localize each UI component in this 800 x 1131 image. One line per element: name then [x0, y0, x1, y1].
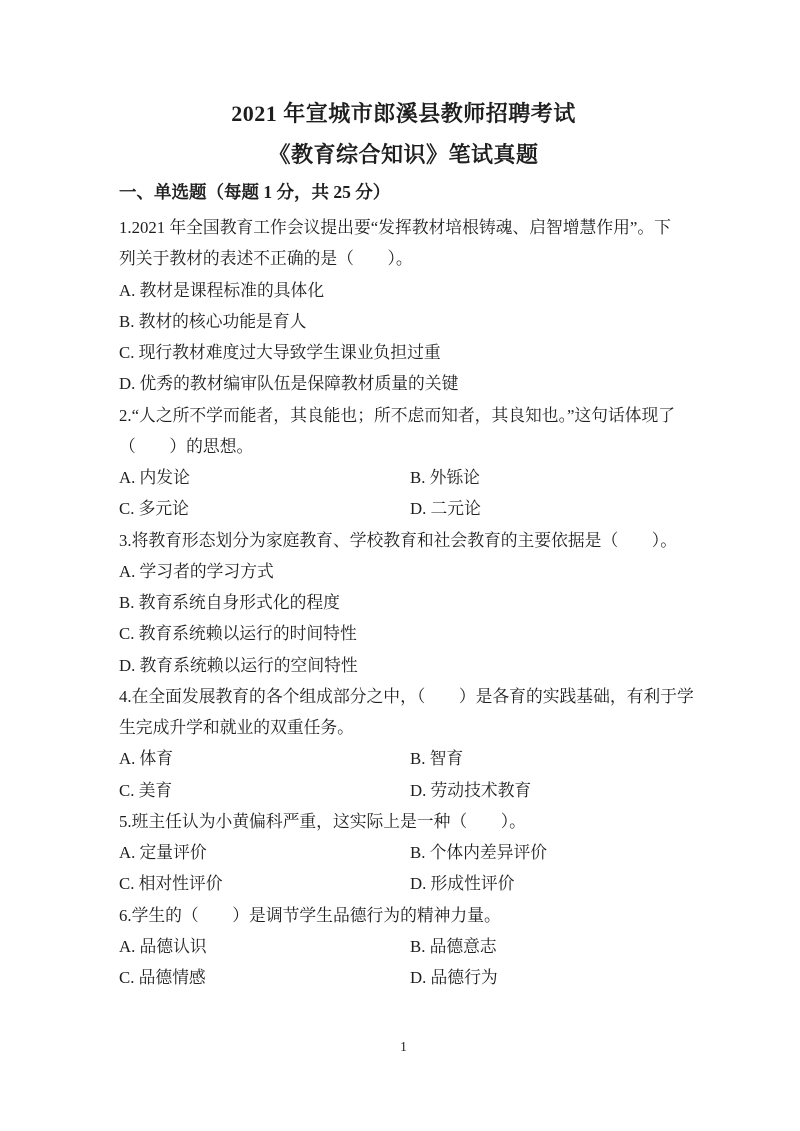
- question-6-stem-line-1: 6.学生的（ ）是调节学生品德行为的精神力量。: [119, 900, 688, 931]
- question-4-option-row-1: A. 体育 B. 智育: [119, 743, 688, 774]
- question-4-stem-line-2: 生完成升学和就业的双重任务。: [119, 712, 688, 743]
- exam-document-page: 2021 年宣城市郎溪县教师招聘考试 《教育综合知识》笔试真题 一、单选题（每题…: [0, 0, 800, 1131]
- question-1-stem-line-2: 列关于教材的表述不正确的是（ ）。: [119, 243, 688, 274]
- question-1-option-c: C. 现行教材难度过大导致学生课业负担过重: [119, 337, 688, 368]
- question-4-option-row-2: C. 美育 D. 劳动技术教育: [119, 775, 688, 806]
- question-2-stem-line-2: （ ）的思想。: [119, 431, 688, 462]
- section-heading: 一、单选题（每题 1 分，共 25 分）: [119, 181, 688, 203]
- question-2: 2.“人之所不学而能者，其良能也；所不虑而知者，其良知也。”这句话体现了 （ ）…: [119, 400, 688, 525]
- question-5: 5.班主任认为小黄偏科严重，这实际上是一种（ ）。 A. 定量评价 B. 个体内…: [119, 806, 688, 900]
- question-6-option-row-2: C. 品德情感 D. 品德行为: [119, 962, 688, 993]
- question-2-option-a: A. 内发论: [119, 462, 410, 493]
- question-3-stem-line-1: 3.将教育形态划分为家庭教育、学校教育和社会教育的主要依据是（ ）。: [119, 525, 688, 556]
- question-6-option-a: A. 品德认识: [119, 931, 410, 962]
- question-6-option-row-1: A. 品德认识 B. 品德意志: [119, 931, 688, 962]
- question-3: 3.将教育形态划分为家庭教育、学校教育和社会教育的主要依据是（ ）。 A. 学习…: [119, 525, 688, 681]
- question-2-option-row-2: C. 多元论 D. 二元论: [119, 493, 688, 524]
- question-5-stem-line-1: 5.班主任认为小黄偏科严重，这实际上是一种（ ）。: [119, 806, 688, 837]
- question-1-option-d: D. 优秀的教材编审队伍是保障教材质量的关键: [119, 368, 688, 399]
- question-4-stem-line-1: 4.在全面发展教育的各个组成部分之中，（ ）是各育的实践基础，有利于学: [119, 681, 688, 712]
- question-4-option-a: A. 体育: [119, 743, 410, 774]
- document-title: 2021 年宣城市郎溪县教师招聘考试: [119, 102, 688, 126]
- question-6-option-d: D. 品德行为: [410, 962, 498, 993]
- question-3-option-b: B. 教育系统自身形式化的程度: [119, 587, 688, 618]
- question-1: 1.2021 年全国教育工作会议提出要“发挥教材培根铸魂、启智增慧作用”。下 列…: [119, 212, 688, 400]
- question-2-option-b: B. 外铄论: [410, 462, 480, 493]
- question-1-stem-line-1: 1.2021 年全国教育工作会议提出要“发挥教材培根铸魂、启智增慧作用”。下: [119, 212, 688, 243]
- question-3-option-c: C. 教育系统赖以运行的时间特性: [119, 618, 688, 649]
- question-4-option-c: C. 美育: [119, 775, 410, 806]
- question-2-option-d: D. 二元论: [410, 493, 481, 524]
- question-2-option-c: C. 多元论: [119, 493, 410, 524]
- question-1-option-b: B. 教材的核心功能是育人: [119, 306, 688, 337]
- question-6: 6.学生的（ ）是调节学生品德行为的精神力量。 A. 品德认识 B. 品德意志 …: [119, 900, 688, 994]
- question-5-option-d: D. 形成性评价: [410, 868, 514, 899]
- question-4-option-b: B. 智育: [410, 743, 463, 774]
- question-3-option-a: A. 学习者的学习方式: [119, 556, 688, 587]
- question-6-option-b: B. 品德意志: [410, 931, 497, 962]
- question-4: 4.在全面发展教育的各个组成部分之中，（ ）是各育的实践基础，有利于学 生完成升…: [119, 681, 688, 806]
- page-number: 1: [119, 1039, 688, 1055]
- question-5-option-row-1: A. 定量评价 B. 个体内差异评价: [119, 837, 688, 868]
- question-5-option-c: C. 相对性评价: [119, 868, 410, 899]
- question-2-option-row-1: A. 内发论 B. 外铄论: [119, 462, 688, 493]
- question-4-option-d: D. 劳动技术教育: [410, 775, 531, 806]
- question-5-option-b: B. 个体内差异评价: [410, 837, 547, 868]
- question-5-option-a: A. 定量评价: [119, 837, 410, 868]
- question-5-option-row-2: C. 相对性评价 D. 形成性评价: [119, 868, 688, 899]
- question-2-stem-line-1: 2.“人之所不学而能者，其良能也；所不虑而知者，其良知也。”这句话体现了: [119, 400, 688, 431]
- question-1-option-a: A. 教材是课程标准的具体化: [119, 275, 688, 306]
- question-6-option-c: C. 品德情感: [119, 962, 410, 993]
- document-subtitle: 《教育综合知识》笔试真题: [119, 143, 688, 167]
- question-3-option-d: D. 教育系统赖以运行的空间特性: [119, 650, 688, 681]
